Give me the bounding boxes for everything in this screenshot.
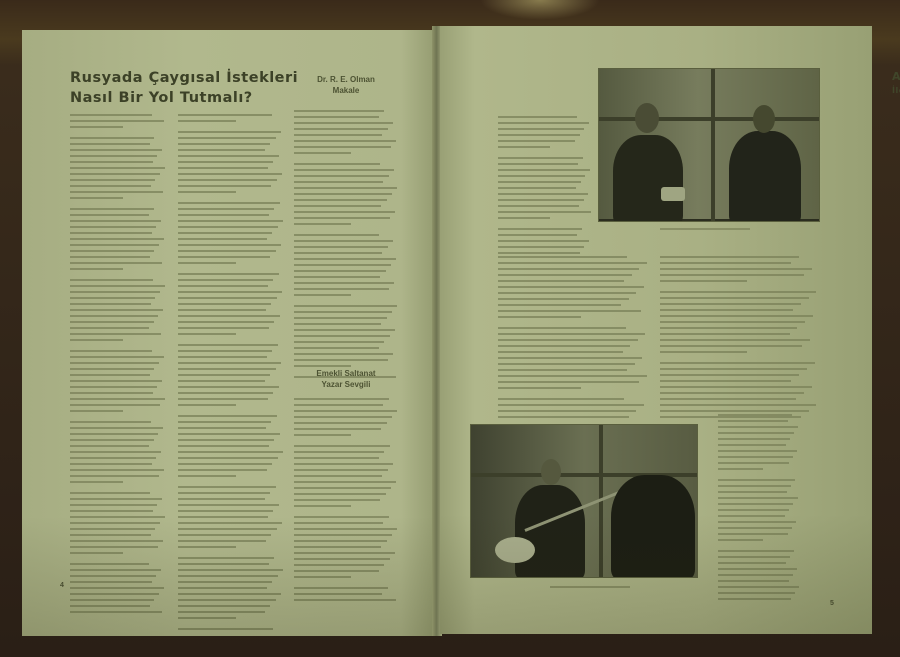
text-line <box>70 427 163 429</box>
text-line <box>178 315 280 317</box>
text-line <box>498 246 584 248</box>
text-line <box>498 187 576 189</box>
text-line <box>498 199 584 201</box>
text-line <box>178 155 279 157</box>
text-line <box>178 173 282 175</box>
text-line <box>70 155 157 157</box>
text-line <box>70 143 150 145</box>
text-line <box>178 214 269 216</box>
text-line <box>718 426 798 428</box>
text-line <box>70 244 159 246</box>
text-line <box>294 240 393 242</box>
text-line <box>498 351 623 353</box>
left-text-column-3a <box>294 110 398 382</box>
text-line <box>498 234 577 236</box>
text-line <box>178 368 276 370</box>
text-line <box>294 128 388 130</box>
text-line <box>498 175 585 177</box>
text-line <box>294 110 384 112</box>
text-line <box>294 246 388 248</box>
text-line <box>660 309 793 311</box>
text-line <box>178 309 266 311</box>
text-line <box>70 463 152 465</box>
text-line <box>294 122 393 124</box>
text-line <box>70 498 162 500</box>
text-line <box>498 387 581 389</box>
text-line <box>70 404 160 406</box>
left-headline-line-2: Nasıl Bir Yol Tutmalı? <box>70 88 310 108</box>
photo-two-men-conversation <box>598 68 820 222</box>
text-line <box>178 350 272 352</box>
text-line <box>498 304 621 306</box>
musician-head <box>541 459 561 485</box>
text-line <box>70 368 154 370</box>
text-line <box>660 297 809 299</box>
text-line <box>294 152 351 154</box>
text-line <box>178 279 273 281</box>
text-line <box>294 353 393 355</box>
text-line <box>660 268 812 270</box>
text-line <box>178 185 271 187</box>
text-line <box>294 187 397 189</box>
text-line <box>70 504 157 506</box>
text-line <box>498 122 589 124</box>
text-line <box>178 333 236 335</box>
text-line <box>294 398 389 400</box>
magazine-spread: Rusyada Çaygısal İstekleri Nasıl Bir Yol… <box>22 26 872 638</box>
text-line <box>294 404 383 406</box>
text-line <box>294 270 386 272</box>
text-line <box>70 137 154 139</box>
text-line <box>294 376 396 378</box>
text-line <box>178 445 269 447</box>
text-line <box>294 475 382 477</box>
text-line <box>70 321 154 323</box>
text-line <box>70 191 163 193</box>
text-line <box>660 392 804 394</box>
text-line <box>70 315 158 317</box>
text-line <box>70 149 162 151</box>
text-line <box>70 481 123 483</box>
text-line <box>718 450 797 452</box>
text-line <box>178 143 270 145</box>
text-line <box>294 264 391 266</box>
text-line <box>178 469 267 471</box>
text-line <box>70 457 156 459</box>
text-line <box>178 398 268 400</box>
text-line <box>498 163 578 165</box>
text-line <box>660 280 747 282</box>
text-line <box>294 451 384 453</box>
text-line <box>70 279 153 281</box>
text-line <box>294 365 351 367</box>
text-line <box>294 116 379 118</box>
text-line <box>498 240 589 242</box>
text-line <box>498 410 636 412</box>
man-right-head <box>753 105 775 133</box>
right-text-column-2 <box>660 256 818 422</box>
text-line <box>660 327 797 329</box>
text-line <box>178 492 270 494</box>
text-line <box>70 356 164 358</box>
text-line <box>498 286 644 288</box>
text-line <box>294 288 389 290</box>
text-line <box>660 262 791 264</box>
text-line <box>498 375 647 377</box>
text-line <box>70 380 162 382</box>
text-line <box>498 274 632 276</box>
text-line <box>660 374 799 376</box>
text-line <box>294 428 381 430</box>
text-line <box>178 433 280 435</box>
text-line <box>660 398 796 400</box>
photo-top-caption <box>660 228 750 230</box>
text-line <box>178 131 281 133</box>
text-line <box>294 311 392 313</box>
text-line <box>70 232 152 234</box>
papers-in-hand <box>661 187 685 201</box>
text-line <box>178 285 268 287</box>
sidebar-heading-1: Dr. R. E. Olman Makale <box>298 74 394 96</box>
text-line <box>70 303 151 305</box>
text-line <box>178 415 277 417</box>
text-line <box>70 475 159 477</box>
text-line <box>70 297 155 299</box>
text-line <box>294 487 391 489</box>
text-line <box>718 456 793 458</box>
text-line <box>660 351 747 353</box>
text-line <box>178 232 272 234</box>
text-line <box>294 223 351 225</box>
text-line <box>660 386 812 388</box>
text-line <box>178 486 276 488</box>
text-line <box>178 149 265 151</box>
text-line <box>660 315 813 317</box>
text-line <box>294 341 384 343</box>
text-line <box>294 469 388 471</box>
text-line <box>178 179 277 181</box>
text-line <box>660 256 799 258</box>
text-line <box>178 327 269 329</box>
text-line <box>498 280 624 282</box>
text-line <box>660 291 816 293</box>
text-line <box>294 481 396 483</box>
text-line <box>294 305 397 307</box>
text-line <box>178 475 236 477</box>
text-line <box>70 126 123 128</box>
text-line <box>660 339 810 341</box>
sidebar-heading-1-sub: Makale <box>298 85 394 96</box>
text-line <box>70 173 160 175</box>
man-left-head <box>635 103 659 133</box>
text-line <box>70 439 154 441</box>
text-line <box>178 427 266 429</box>
text-line <box>70 185 151 187</box>
text-line <box>178 374 270 376</box>
text-line <box>178 404 236 406</box>
right-headline-line-1: Aşık Ceyhani <box>892 70 900 83</box>
text-line <box>70 386 157 388</box>
text-line <box>498 316 581 318</box>
text-line <box>498 363 635 365</box>
text-line <box>718 509 789 511</box>
sidebar-heading-1-title: Dr. R. E. Olman <box>298 74 394 85</box>
text-line <box>70 374 150 376</box>
text-line <box>294 217 390 219</box>
text-line <box>178 262 236 264</box>
text-line <box>294 499 380 501</box>
right-text-column-1 <box>498 256 648 422</box>
text-line <box>294 146 391 148</box>
text-line <box>70 445 149 447</box>
text-line <box>178 386 279 388</box>
text-line <box>178 208 274 210</box>
text-line <box>294 258 396 260</box>
text-line <box>294 463 393 465</box>
text-line <box>294 140 396 142</box>
text-line <box>718 462 789 464</box>
text-line <box>294 493 386 495</box>
text-line <box>498 116 577 118</box>
text-line <box>498 381 639 383</box>
text-line <box>178 344 278 346</box>
text-line <box>70 309 163 311</box>
text-line <box>498 157 583 159</box>
text-line <box>498 333 645 335</box>
text-line <box>178 114 272 116</box>
text-line <box>294 193 392 195</box>
text-line <box>70 268 123 270</box>
text-line <box>70 179 155 181</box>
text-line <box>718 497 798 499</box>
text-line <box>178 256 270 258</box>
text-line <box>660 321 805 323</box>
text-line <box>178 137 276 139</box>
text-line <box>70 333 161 335</box>
text-line <box>178 504 279 506</box>
right-headline: Aşık Ceyhani İle Bir Konuşma <box>892 70 900 98</box>
text-line <box>70 421 151 423</box>
text-line <box>70 285 165 287</box>
text-line <box>660 380 791 382</box>
text-line <box>70 208 154 210</box>
text-line <box>70 433 158 435</box>
text-line <box>294 199 387 201</box>
text-line <box>294 282 394 284</box>
text-line <box>178 380 265 382</box>
text-line <box>498 181 581 183</box>
text-line <box>70 350 152 352</box>
text-line <box>178 439 274 441</box>
text-line <box>498 256 627 258</box>
left-page: Rusyada Çaygısal İstekleri Nasıl Bir Yol… <box>22 30 434 636</box>
text-line <box>178 463 272 465</box>
text-line <box>294 323 381 325</box>
text-line <box>178 421 271 423</box>
text-line <box>294 335 390 337</box>
text-line <box>498 298 629 300</box>
right-headline-line-2: İle Bir Konuşma <box>892 84 900 98</box>
text-line <box>178 167 268 169</box>
text-line <box>294 347 379 349</box>
text-line <box>70 114 152 116</box>
text-line <box>294 416 392 418</box>
text-line <box>178 498 265 500</box>
text-line <box>498 292 636 294</box>
text-line <box>498 217 550 219</box>
text-line <box>70 327 149 329</box>
text-line <box>70 492 150 494</box>
text-line <box>294 422 387 424</box>
text-line <box>498 369 627 371</box>
man-left-figure <box>613 135 683 222</box>
text-line <box>498 398 624 400</box>
man-right-figure <box>729 131 801 222</box>
text-line <box>294 410 397 412</box>
text-line <box>70 362 159 364</box>
text-line <box>178 451 283 453</box>
text-line <box>178 510 273 512</box>
overhead-light-reflection <box>480 0 600 20</box>
text-line <box>178 250 276 252</box>
text-line <box>178 297 277 299</box>
text-line <box>294 294 351 296</box>
text-line <box>660 303 801 305</box>
text-line <box>70 469 164 471</box>
text-line <box>70 220 161 222</box>
text-line <box>70 167 165 169</box>
text-line <box>70 161 153 163</box>
text-line <box>498 193 588 195</box>
text-line <box>70 392 153 394</box>
text-line <box>294 434 351 436</box>
text-line <box>178 303 271 305</box>
text-line <box>294 205 381 207</box>
text-line <box>294 445 390 447</box>
text-line <box>294 276 380 278</box>
text-line <box>178 238 267 240</box>
text-line <box>294 317 387 319</box>
left-headline-line-1: Rusyada Çaygısal İstekleri <box>70 68 310 88</box>
text-line <box>70 510 153 512</box>
text-line <box>70 120 164 122</box>
text-line <box>70 410 123 412</box>
text-line <box>178 220 283 222</box>
text-line <box>498 128 584 130</box>
text-line <box>70 197 123 199</box>
text-line <box>718 414 792 416</box>
text-line <box>660 368 807 370</box>
left-headline: Rusyada Çaygısal İstekleri Nasıl Bir Yol… <box>70 68 310 108</box>
text-line <box>498 262 647 264</box>
text-line <box>498 404 644 406</box>
text-line <box>178 161 273 163</box>
text-line <box>70 451 161 453</box>
text-line <box>660 345 802 347</box>
text-line <box>178 191 236 193</box>
text-line <box>70 256 150 258</box>
right-page: Aşık Ceyhani İle Bir Konuşma <box>440 26 872 634</box>
text-line <box>498 252 580 254</box>
text-line <box>718 420 788 422</box>
text-line <box>294 211 395 213</box>
text-line <box>178 226 278 228</box>
text-line <box>70 250 154 252</box>
text-line <box>70 339 123 341</box>
text-line <box>178 362 281 364</box>
text-line <box>718 503 793 505</box>
text-line <box>70 262 162 264</box>
text-line <box>498 310 641 312</box>
text-line <box>178 120 236 122</box>
text-line <box>660 362 815 364</box>
page-shadow <box>22 516 434 636</box>
text-line <box>70 214 149 216</box>
text-line <box>718 438 790 440</box>
text-line <box>718 444 786 446</box>
text-line <box>294 169 394 171</box>
text-line <box>660 333 790 335</box>
text-line <box>294 175 389 177</box>
text-line <box>498 169 590 171</box>
text-line <box>498 140 575 142</box>
window-frame <box>711 69 715 221</box>
text-line <box>294 234 379 236</box>
text-line <box>498 357 642 359</box>
text-line <box>294 359 388 361</box>
text-line <box>718 432 794 434</box>
text-line <box>498 205 579 207</box>
right-text-column-intro <box>498 116 592 258</box>
text-line <box>498 268 639 270</box>
window-frame <box>599 117 819 121</box>
text-line <box>70 226 156 228</box>
text-line <box>178 356 267 358</box>
text-line <box>178 244 281 246</box>
text-line <box>498 345 630 347</box>
text-line <box>498 228 582 230</box>
page-shadow <box>440 514 872 634</box>
text-line <box>70 398 165 400</box>
text-line <box>70 291 160 293</box>
text-line <box>498 134 580 136</box>
text-line <box>498 327 626 329</box>
text-line <box>660 274 804 276</box>
text-line <box>498 146 550 148</box>
text-line <box>718 468 763 470</box>
text-line <box>294 329 395 331</box>
text-line <box>660 404 816 406</box>
text-line <box>498 339 638 341</box>
text-line <box>498 416 629 418</box>
text-line <box>70 238 164 240</box>
text-line <box>660 410 809 412</box>
text-line <box>718 485 791 487</box>
text-line <box>718 491 787 493</box>
text-line <box>294 181 383 183</box>
text-line <box>178 291 282 293</box>
text-line <box>294 457 379 459</box>
text-line <box>498 211 591 213</box>
text-line <box>294 134 382 136</box>
text-line <box>178 457 278 459</box>
text-line <box>178 321 274 323</box>
text-line <box>178 273 279 275</box>
text-line <box>178 392 273 394</box>
text-line <box>178 202 280 204</box>
text-line <box>294 163 380 165</box>
text-line <box>294 252 382 254</box>
